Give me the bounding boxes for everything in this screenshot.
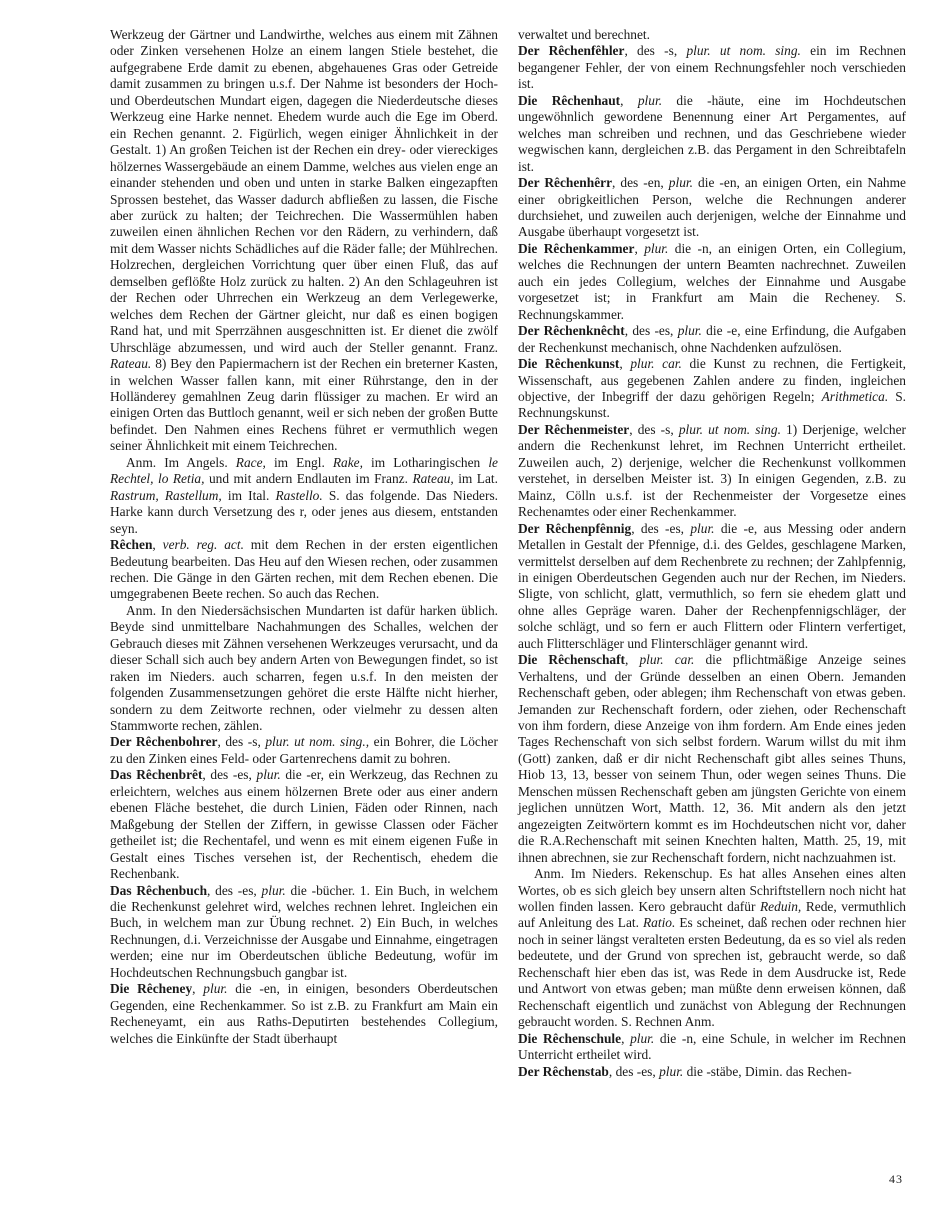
italic-term: Rastello. [275, 488, 322, 503]
dictionary-entry: Das Rêchenbuch, des -es, plur. die -büch… [110, 883, 498, 982]
italic-term: Race, [236, 455, 266, 470]
entry-text: im Lotharingischen [363, 455, 488, 470]
italic-term: plur. [203, 981, 227, 996]
annotation-paragraph: Anm. Im Nieders. Rekenschup. Es hat alle… [518, 866, 906, 1031]
italic-term: Rateau, [412, 471, 453, 486]
entry-text: Es scheinet, daß rechen oder rechnen hie… [518, 915, 906, 1029]
headword: Die Rêchenkammer [518, 241, 634, 256]
italic-term: plur. [659, 1064, 683, 1079]
italic-term: plur. [690, 521, 714, 536]
entry-text: , des -s, [217, 734, 265, 749]
dictionary-entry: Die Rêchenhaut, plur. die -häute, eine i… [518, 93, 906, 175]
entry-text: die pflichtmäßige Anzeige seines Verhalt… [518, 652, 906, 864]
italic-term: plur. [644, 241, 668, 256]
headword: Der Rêchenbohrer [110, 734, 217, 749]
entry-text: , des -es, [207, 883, 262, 898]
entry-text: 8) Bey den Papiermachern ist der Rechen … [110, 356, 498, 453]
entry-text: die -er, ein Werkzeug, das Rechnen zu er… [110, 767, 498, 881]
headword: Rêchen [110, 537, 152, 552]
italic-term: plur. car. [639, 652, 694, 667]
right-column: verwaltet und berechnet.Der Rêchenfêhler… [518, 27, 906, 1080]
annotation-paragraph: Anm. Im Angels. Race, im Engl. Rake, im … [110, 455, 498, 537]
italic-term: verb. reg. act. [163, 537, 244, 552]
italic-term: Reduin, [760, 899, 801, 914]
dictionary-entry: Der Rêchenfêhler, des -s, plur. ut nom. … [518, 43, 906, 92]
dictionary-entry: Der Rêchenmeister, des -s, plur. ut nom.… [518, 422, 906, 521]
italic-term: plur. car. [630, 356, 682, 371]
italic-term: plur. ut nom. sing. [679, 422, 781, 437]
headword: Das Rêchenbuch [110, 883, 207, 898]
headword: Die Rêchenschule [518, 1031, 621, 1046]
headword: Der Rêchenfêhler [518, 43, 624, 58]
headword: Die Rêchenschaft [518, 652, 625, 667]
entry-text: , [634, 241, 644, 256]
italic-term: plur. [678, 323, 702, 338]
headword: Das Rêchenbrêt [110, 767, 202, 782]
entry-text: , des -s, [624, 43, 686, 58]
headword: Die Rêchenkunst [518, 356, 619, 371]
italic-term: plur. [669, 175, 693, 190]
dictionary-entry: Das Rêchenbrêt, des -es, plur. die -er, … [110, 767, 498, 882]
italic-term: plur. [262, 883, 286, 898]
page-number: 43 [889, 1172, 903, 1187]
entry-text: , des -es, [625, 323, 678, 338]
continued-text: verwaltet und berechnet. [518, 27, 906, 43]
entry-text: , des -es, [631, 521, 690, 536]
entry-text: im Lat. [454, 471, 498, 486]
left-column: Werkzeug der Gärtner und Landwirthe, wel… [110, 27, 498, 1047]
headword: Der Rêchenpfênnig [518, 521, 631, 536]
dictionary-entry: Rêchen, verb. reg. act. mit dem Rechen i… [110, 537, 498, 603]
italic-term: Rateau. [110, 356, 151, 371]
headword: Die Rêchenhaut [518, 93, 620, 108]
dictionary-entry: Der Rêchenpfênnig, des -es, plur. die -e… [518, 521, 906, 653]
italic-term: plur. [638, 93, 662, 108]
headword: Der Rêchenstab [518, 1064, 609, 1079]
entry-text: verwaltet und berechnet. [518, 27, 650, 42]
dictionary-entry: Die Rêchenkunst, plur. car. die Kunst zu… [518, 356, 906, 422]
dictionary-entry: Die Rêchenschule, plur. die -n, eine Sch… [518, 1031, 906, 1064]
dictionary-entry: Die Rêchenschaft, plur. car. die pflicht… [518, 652, 906, 866]
italic-term: Arithmetica. [822, 389, 889, 404]
italic-term: Rake, [333, 455, 363, 470]
entry-text: Anm. In den Niedersächsischen Mundarten … [110, 603, 498, 733]
italic-term: plur. ut nom. sing. [686, 43, 800, 58]
entry-text: , [620, 93, 638, 108]
dictionary-entry: Der Rêchenknêcht, des -es, plur. die -e,… [518, 323, 906, 356]
entry-text: , [621, 1031, 630, 1046]
entry-text: und mit andern Endlauten im Franz. [204, 471, 412, 486]
entry-text: , des -es, [202, 767, 256, 782]
headword: Der Rêchenknêcht [518, 323, 625, 338]
italic-term: Rastrum, Rastellum, [110, 488, 222, 503]
entry-text: im Engl. [266, 455, 333, 470]
dictionary-entry: Der Rêchenhêrr, des -en, plur. die -en, … [518, 175, 906, 241]
entry-text: , [192, 981, 203, 996]
entry-text: , des -es, [609, 1064, 659, 1079]
entry-text: , des -s, [629, 422, 679, 437]
headword: Der Rêchenmeister [518, 422, 629, 437]
dictionary-entry: Die Rêchenkammer, plur. die -n, an einig… [518, 241, 906, 323]
headword: Die Rêcheney [110, 981, 192, 996]
italic-term: plur. ut nom. sing., [265, 734, 369, 749]
dictionary-entry: Die Rêcheney, plur. die -en, in einigen,… [110, 981, 498, 1047]
dictionary-page: Werkzeug der Gärtner und Landwirthe, wel… [0, 0, 935, 1210]
entry-text: die -stäbe, Dimin. das Rechen- [683, 1064, 851, 1079]
continued-text: Werkzeug der Gärtner und Landwirthe, wel… [110, 27, 498, 455]
italic-term: plur. [257, 767, 281, 782]
entry-text: im Ital. [222, 488, 276, 503]
annotation-paragraph: Anm. In den Niedersächsischen Mundarten … [110, 603, 498, 735]
headword: Der Rêchenhêrr [518, 175, 612, 190]
dictionary-entry: Der Rêchenbohrer, des -s, plur. ut nom. … [110, 734, 498, 767]
italic-term: Ratio. [643, 915, 675, 930]
entry-text: Anm. Im Angels. [126, 455, 236, 470]
entry-text: Werkzeug der Gärtner und Landwirthe, wel… [110, 27, 498, 355]
entry-text: die -e, aus Messing oder andern Metallen… [518, 521, 906, 651]
italic-term: plur. [630, 1031, 654, 1046]
entry-text: , [625, 652, 639, 667]
dictionary-entry: Der Rêchenstab, des -es, plur. die -stäb… [518, 1064, 906, 1080]
entry-text: , [619, 356, 630, 371]
entry-text: , [152, 537, 162, 552]
entry-text: , des -en, [612, 175, 669, 190]
